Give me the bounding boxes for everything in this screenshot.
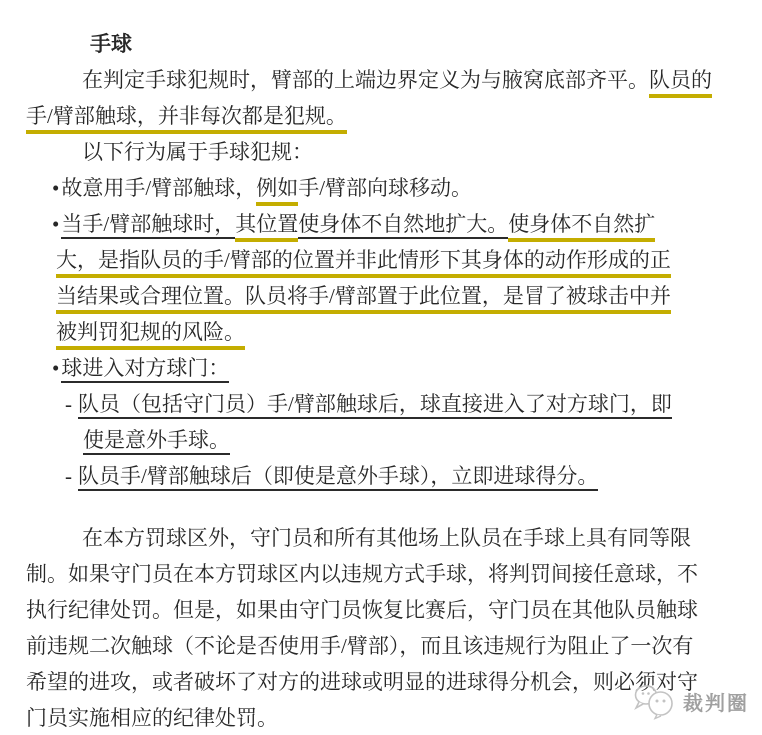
document-lines: 手球在判定手球犯规时，臂部的上端边界定义为与腋窝底部齐平。队员的手/臂部触球，并… [26,26,746,735]
text-segment: 门员实施相应的纪律处罚。 [26,706,278,730]
text-line: -队员（包括守门员）手/臂部触球后，球直接进入了对方球门，即 [26,386,746,422]
text-segment: 使身体不自然地扩大。 [298,212,508,239]
text-segment: 其位置 [235,212,298,242]
text-line: -队员手/臂部触球后（即使是意外手球），立即进球得分。 [26,458,746,494]
text-line: •故意用手/臂部触球，例如手/臂部向球移动。 [26,170,746,206]
text-line: 手/臂部触球，并非每次都是犯规。 [26,98,746,134]
text-line: 制。如果守门员在本方罚球区内以违规方式手球，将判罚间接任意球，不 [26,556,746,592]
text-segment: 制。如果守门员在本方罚球区内以违规方式手球，将判罚间接任意球，不 [26,562,698,586]
text-segment: 前违规二次触球（不论是否使用手/臂部），而且该违规行为阻止了一次有 [26,634,693,658]
watermark-text: 裁判圈 [683,687,749,716]
text-segment: 手球 [90,32,132,56]
document: 手球在判定手球犯规时，臂部的上端边界定义为与腋窝底部齐平。队员的手/臂部触球，并… [26,26,746,735]
text-segment: 在判定手球犯规时，臂部的上端边界定义为与腋窝底部齐平。 [82,68,649,92]
text-line: 以下行为属于手球犯规： [26,134,746,170]
text-segment: 使身体不自然扩 [508,212,655,242]
text-segment: 被判罚犯规的风险。 [56,320,245,350]
text-segment: 例如 [256,176,298,206]
text-segment: 队员（包括守门员）手/臂部触球后，球直接进入了对方球门，即 [78,392,672,419]
dash-marker: - [65,458,72,494]
text-segment: 手/臂部触球，并非每次都是犯规。 [26,104,347,134]
page-title: 手球 [26,26,746,62]
chat-bubbles-logo-icon [632,682,678,720]
text-segment: 大，是指队员的手/臂部的位置并非此情形下其身体的动作形成的正 [56,248,671,278]
text-line: 大，是指队员的手/臂部的位置并非此情形下其身体的动作形成的正 [26,242,746,278]
text-segment: 故意用手/臂部触球， [61,176,256,200]
text-line: •球进入对方球门： [26,350,746,386]
text-segment: 执行纪律处罚。但是，如果由守门员恢复比赛后，守门员在其他队员触球 [26,598,698,622]
text-segment: 手/臂部向球移动。 [298,176,472,200]
text-line: 在本方罚球区外，守门员和所有其他场上队员在手球上具有同等限 [26,520,746,556]
text-line: 前违规二次触球（不论是否使用手/臂部），而且该违规行为阻止了一次有 [26,628,746,664]
text-segment: 希望的进攻，或者破坏了对方的进球或明显的进球得分机会，则必须对守 [26,670,698,694]
text-segment: 队员手/臂部触球后（即使是意外手球），立即进球得分。 [78,464,598,491]
text-segment: 当手/臂部触球时， [61,212,235,239]
text-segment: 队员的 [649,68,712,98]
watermark: 裁判圈 [632,682,749,720]
bullet-icon: • [52,206,59,242]
text-segment: 以下行为属于手球犯规： [82,140,313,164]
text-line: 使是意外手球。 [26,422,746,458]
text-segment: 使是意外手球。 [83,428,230,455]
paragraph-spacer [26,494,746,520]
text-line: 被判罚犯规的风险。 [26,314,746,350]
text-line: 在判定手球犯规时，臂部的上端边界定义为与腋窝底部齐平。队员的 [26,62,746,98]
bullet-icon: • [52,170,59,206]
text-segment: 球进入对方球门： [61,356,229,383]
text-segment: 在本方罚球区外，守门员和所有其他场上队员在手球上具有同等限 [82,526,691,550]
bullet-icon: • [52,350,59,386]
dash-marker: - [65,386,72,422]
text-line: 执行纪律处罚。但是，如果由守门员恢复比赛后，守门员在其他队员触球 [26,592,746,628]
text-segment: 当结果或合理位置。队员将手/臂部置于此位置，是冒了被球击中并 [56,284,671,314]
text-line: 当结果或合理位置。队员将手/臂部置于此位置，是冒了被球击中并 [26,278,746,314]
text-line: •当手/臂部触球时，其位置使身体不自然地扩大。使身体不自然扩 [26,206,746,242]
